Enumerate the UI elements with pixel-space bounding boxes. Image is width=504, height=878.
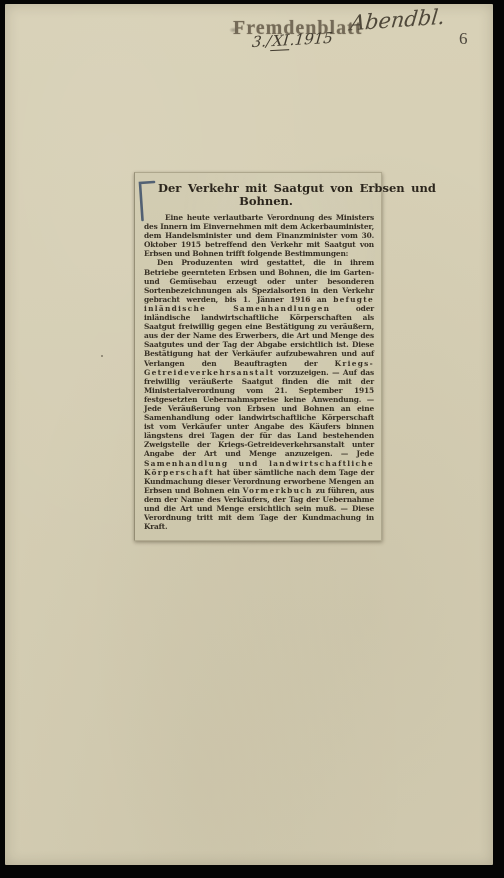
clipping-paragraph: Den Produzenten wird gestattet, die in i… (144, 258, 374, 531)
clipping-body: Eine heute verlautbarte Verordnung des M… (144, 213, 374, 531)
date-year: .1915 (289, 29, 333, 49)
news-clipping: Der Verkehr mit Saatgut von Erbsen und B… (134, 172, 382, 541)
ink-smudge (229, 27, 238, 33)
scan-frame: Fremdenblatt Abendbl. 3./XI.1915 6 Der V… (0, 0, 504, 878)
clipping-paragraph: Eine heute verlautbarte Verordnung des M… (144, 213, 374, 258)
date-handwriting: 3./XI.1915 (251, 29, 333, 51)
edition-handwriting: Abendbl. (349, 5, 446, 36)
blue-corner-mark-icon (136, 179, 158, 223)
page-paper: Fremdenblatt Abendbl. 3./XI.1915 6 Der V… (5, 4, 493, 865)
paper-speck (101, 355, 103, 357)
page-number: 6 (459, 29, 468, 49)
clipping-title-line2: Bohnen. (158, 195, 374, 208)
date-month-underlined: XI (271, 31, 291, 51)
date-day: 3./ (251, 32, 272, 51)
clipping-title: Der Verkehr mit Saatgut von Erbsen und B… (158, 182, 374, 208)
